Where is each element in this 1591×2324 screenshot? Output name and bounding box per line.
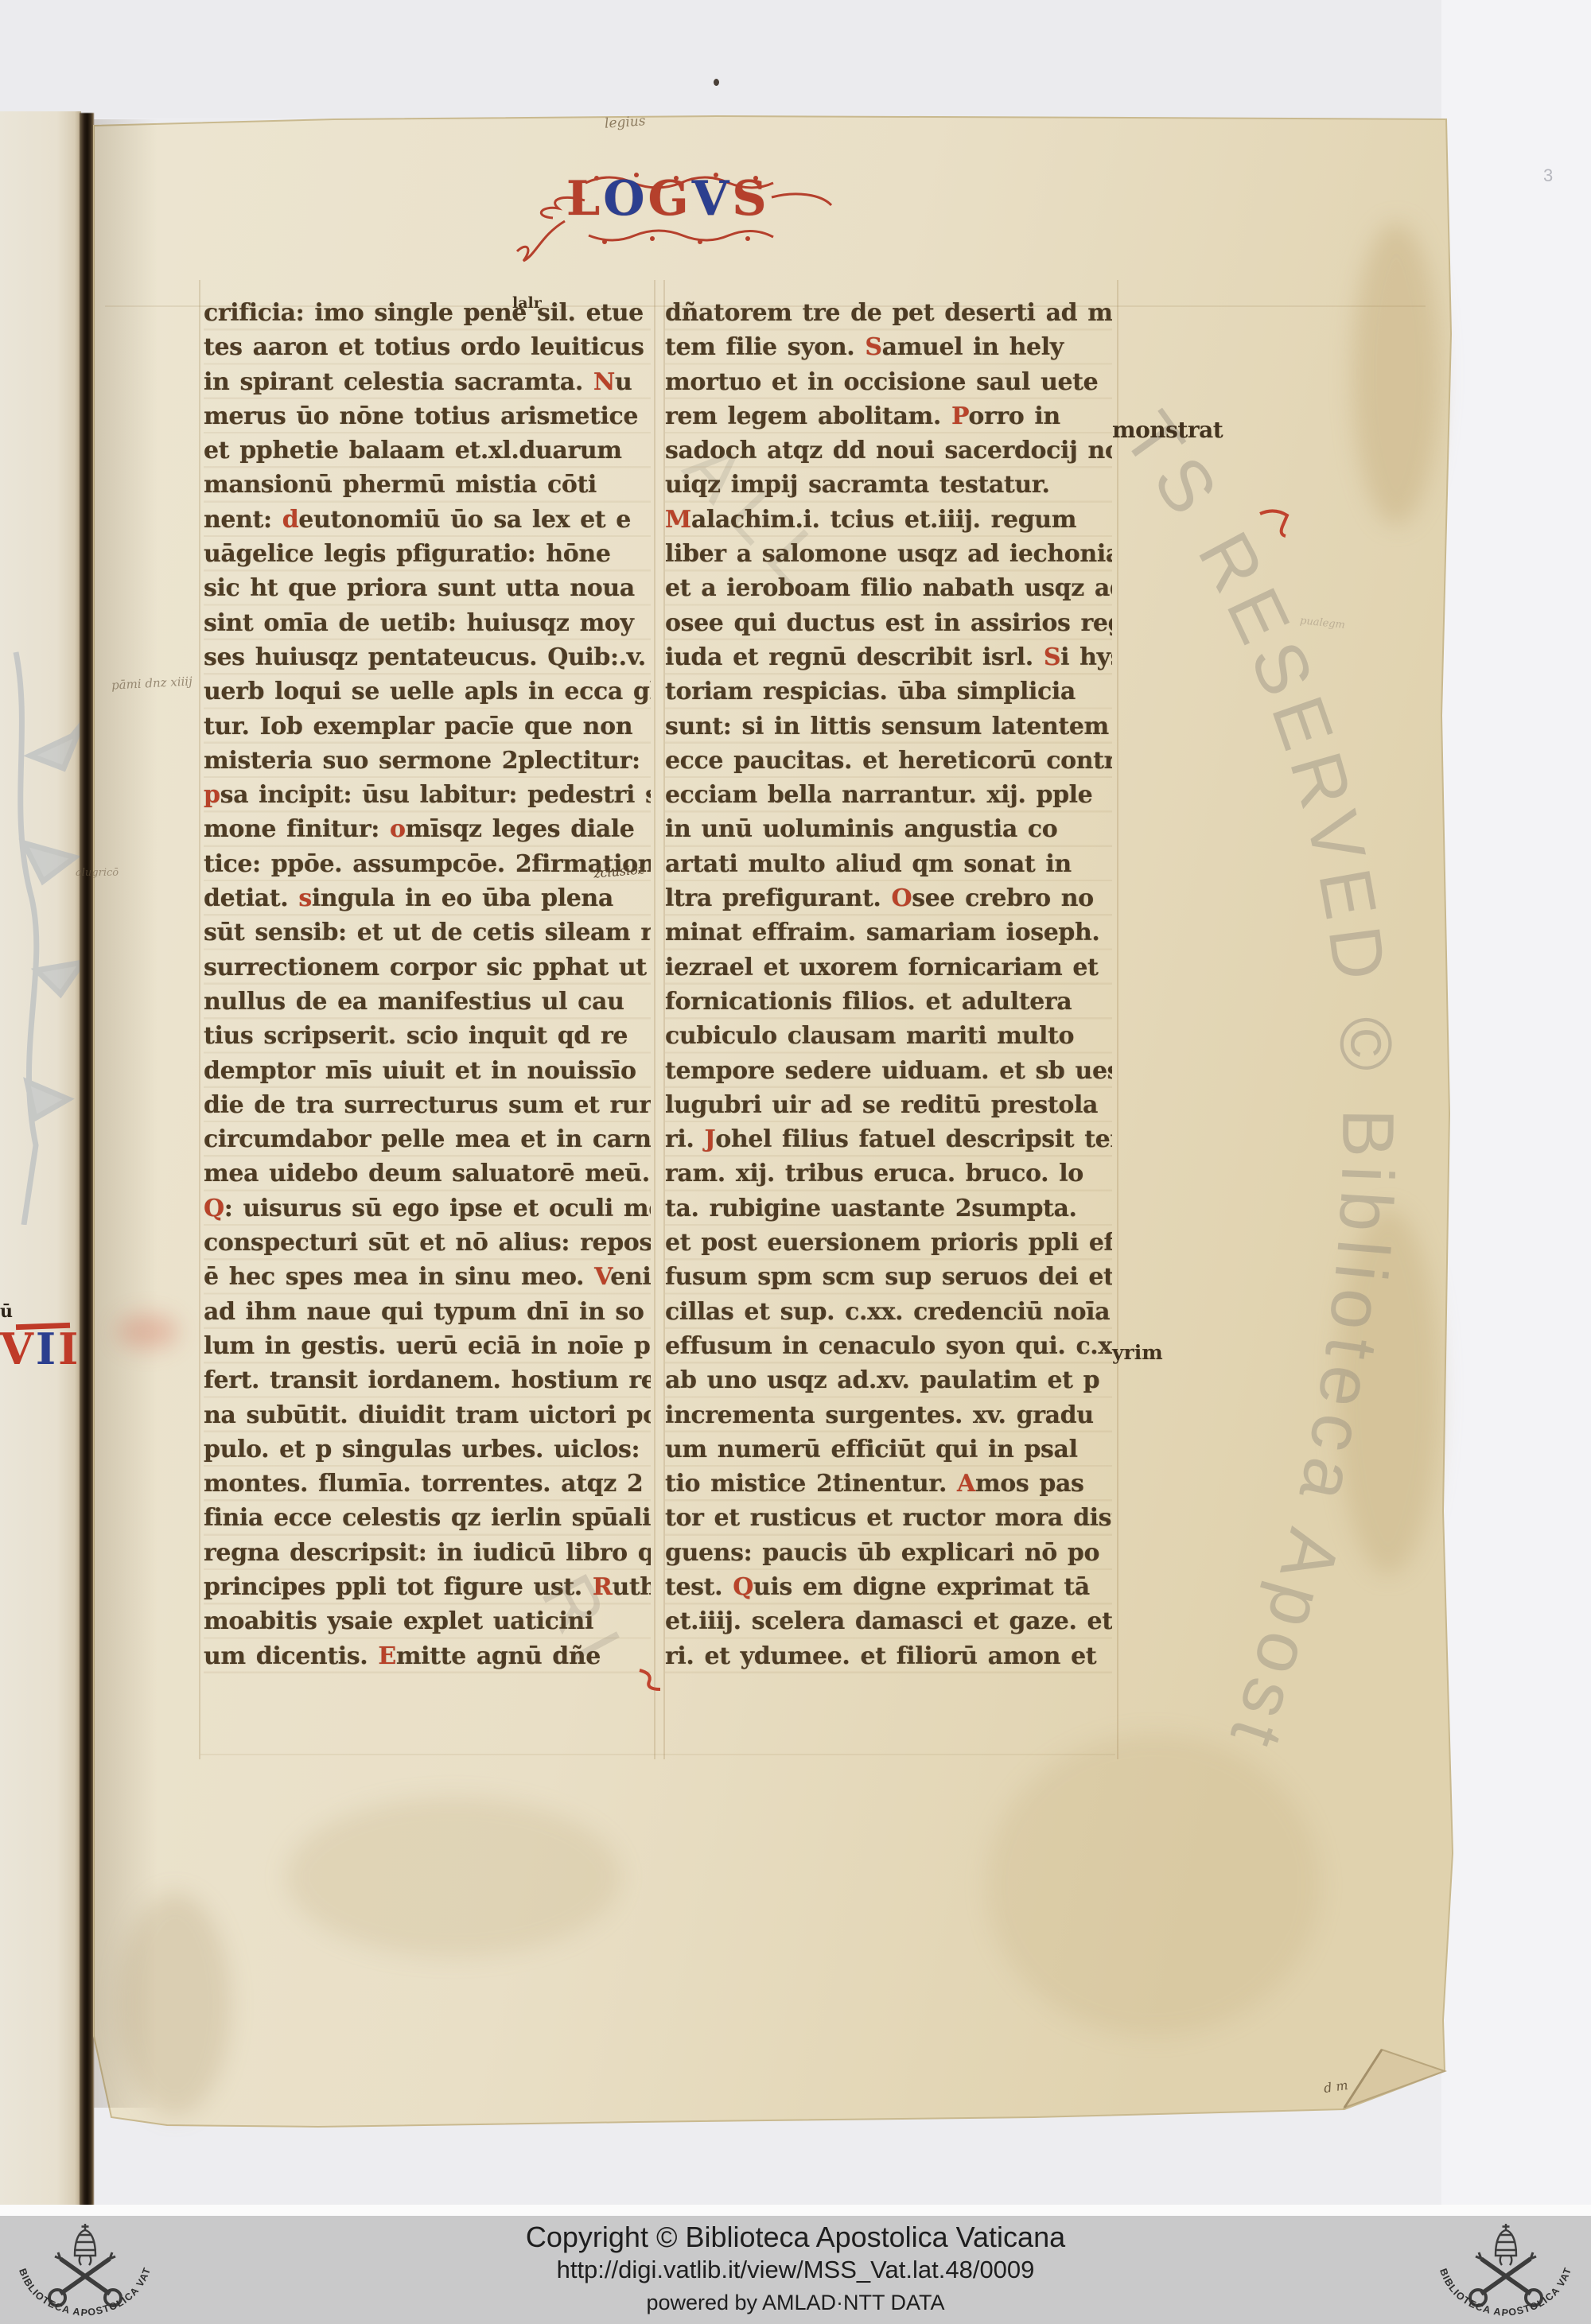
svg-text:TS RESERVED © Biblioteca Apost: TS RESERVED © Biblioteca Apost xyxy=(1107,398,1408,1764)
watermark-arc-text: TS RESERVED © Biblioteca Apost xyxy=(1107,398,1408,1764)
decorated-letter: L xyxy=(566,173,603,224)
manuscript-line: liber a salomone usqz ad iechonia. xyxy=(665,537,1112,571)
manuscript-line: sūt sensib: et ut de cetis sileam re xyxy=(204,915,651,950)
title-LOGVS: LOGVS xyxy=(566,173,770,234)
manuscript-line: demptor mīs uiuit et in nouissīo xyxy=(204,1054,651,1088)
manuscript-line: in spirant celestia sacramta. Nu xyxy=(204,365,651,399)
decorated-letter: V xyxy=(692,173,733,224)
manuscript-line: sint omīa de uetib: huiusqz moy xyxy=(204,606,651,640)
manuscript-line: surrectionem corpor sic pphat ut xyxy=(204,950,651,985)
manuscript-line: rem legem abolitam. Porro in xyxy=(665,399,1112,433)
manuscript-line: um numerū efficiūt qui in psal xyxy=(665,1432,1112,1467)
folio-number: 3 xyxy=(1543,165,1553,186)
manuscript-line: ram. xij. tribus eruca. bruco. lo xyxy=(665,1156,1112,1191)
manuscript-line: tor et rusticus et ructor mora disti xyxy=(665,1501,1112,1535)
manuscript-line: ta. rubigine uastante 2sumpta. xyxy=(665,1191,1112,1226)
manuscript-line: moabitis ysaie explet uaticini xyxy=(204,1604,651,1638)
manuscript-line: mea uidebo deum saluatorē meū. xyxy=(204,1156,651,1191)
ink-speck xyxy=(714,79,719,86)
manuscript-line: finia ecce celestis qz ierlin spūalia xyxy=(204,1501,651,1535)
manuscript-line: fornicationis filios. et adultera xyxy=(665,985,1112,1019)
decorated-letter: S xyxy=(732,173,769,224)
manuscript-line: tes aaron et totius ordo leuiticus xyxy=(204,330,651,364)
footer-powered-by: powered by AMLAD·NTT DATA xyxy=(0,2291,1591,2315)
manuscript-line: ri. Johel filius fatuel descripsit ter xyxy=(665,1122,1112,1156)
manuscript-line: dñatorem tre de pet deserti ad mon xyxy=(665,296,1112,330)
margin-note-monstrat: monstrat xyxy=(1112,417,1223,443)
manuscript-line: mansionū phermū mistia cōti xyxy=(204,468,651,502)
manuscript-line: cillas et sup. c.xx. credenciū noīa et xyxy=(665,1295,1112,1329)
manuscript-line: nullus de ea manifestius ul cau xyxy=(204,985,651,1019)
manuscript-line: fusum spm scm sup seruos dei et a xyxy=(665,1260,1112,1294)
manuscript-column-1: crificia: imo single pene sil. etuetes a… xyxy=(204,296,651,1673)
manuscript-line: ltra prefigurant. Osee crebro no xyxy=(665,881,1112,915)
manuscript-line: et a ieroboam filio nabath usqz ad xyxy=(665,571,1112,605)
manuscript-line: tempore sedere uiduam. et sb ueste xyxy=(665,1054,1112,1088)
manuscript-line: et.iiij. scelera damasci et gaze. et ty xyxy=(665,1604,1112,1638)
manuscript-line: fert. transit iordanem. hostium reg xyxy=(204,1363,651,1397)
manuscript-line: misteria suo sermone 2plectitur: xyxy=(204,744,651,778)
manuscript-line: test. Quis em digne exprimat tā xyxy=(665,1570,1112,1604)
manuscript-line: cubiculo clausam mariti multo xyxy=(665,1019,1112,1053)
manuscript-line: principes ppli tot figure ust. Ruth xyxy=(204,1570,651,1604)
manuscript-line: nent: deutonomiū ūo sa lex et e xyxy=(204,503,651,537)
manuscript-line: merus ūo nōne totius arismetice xyxy=(204,399,651,433)
manuscript-line: ad ihm naue qui typum dnī in so xyxy=(204,1295,651,1329)
scanned-manuscript-page: ū VII TS RESERVED © Biblioteca Apost ALL… xyxy=(0,0,1591,2324)
red-line-end-flourish xyxy=(636,1667,663,1691)
margin-note-yrim: yrim xyxy=(1112,1341,1163,1364)
manuscript-line: iezrael et uxorem fornicariam et xyxy=(665,950,1112,985)
manuscript-line: lum in gestis. uerū eciā in noīe pre xyxy=(204,1329,651,1363)
manuscript-line: ses huiusqz pentateucus. Quib:.v. xyxy=(204,640,651,674)
manuscript-line: effusum in cenaculo syon qui. c.xx. xyxy=(665,1329,1112,1363)
manuscript-line: guens: paucis ūb explicari nō po xyxy=(665,1536,1112,1570)
manuscript-line: Q: uisurus sū ego ipse et oculi mei xyxy=(204,1191,651,1226)
column-rule xyxy=(1117,280,1118,1759)
manuscript-column-2: dñatorem tre de pet deserti ad montem fi… xyxy=(665,296,1112,1673)
manuscript-line: um dicentis. Emitte agnū dñe xyxy=(204,1639,651,1673)
manuscript-line: in unū uoluminis angustia co xyxy=(665,812,1112,846)
vatican-library-logo-right: BIBLIOTECA APOSTOLICA VATICANA xyxy=(1438,2219,1573,2322)
manuscript-line: ē hec spes mea in sinu meo. Venia xyxy=(204,1260,651,1294)
manuscript-line: montes. flumīa. torrentes. atqz 2 xyxy=(204,1467,651,1501)
manuscript-line: crificia: imo single pene sil. etue xyxy=(204,296,651,330)
manuscript-line: circumdabor pelle mea et in carne xyxy=(204,1122,651,1156)
manuscript-line: tice: ppōe. assumpcōe. 2firmatione xyxy=(204,847,651,881)
manuscript-line: regna descripsit: in iudicū libro qt xyxy=(204,1536,651,1570)
manuscript-line: osee qui ductus est in assirios regnū xyxy=(665,606,1112,640)
top-inscription: legius xyxy=(604,113,646,132)
manuscript-line: artati multo aliud qm sonat in xyxy=(665,847,1112,881)
manuscript-line: psa incipit: ūsu labitur: pedestri ser xyxy=(204,778,651,812)
manuscript-line: incrementa surgentes. xv. gradu xyxy=(665,1398,1112,1432)
manuscript-line: tio mistice 2tinentur. Amos pas xyxy=(665,1467,1112,1501)
manuscript-line: et pphetie balaam et.xl.duarum xyxy=(204,433,651,468)
bottom-ruling-line xyxy=(200,1754,1115,1755)
manuscript-line: Malachim.i. tcius et.iiij. regum xyxy=(665,503,1112,537)
manuscript-line: uāgelice legis pfiguratio: hōne xyxy=(204,537,651,571)
manuscript-line: minat effraim. samariam ioseph. xyxy=(665,915,1112,950)
margin-note-left-2: alugricō xyxy=(76,867,119,879)
column-rule xyxy=(654,280,655,1759)
manuscript-line: sadoch atqz dd noui sacerdocij no xyxy=(665,433,1112,468)
column-rule xyxy=(199,280,200,1759)
manuscript-line: mone finitur: omīsqz leges diale xyxy=(204,812,651,846)
manuscript-line: ri. et ydumee. et filiorū amon et xyxy=(665,1639,1112,1673)
manuscript-line: iuda et regnū describit isrl. Si hys xyxy=(665,640,1112,674)
manuscript-line: detiat. singula in eo ūba plena xyxy=(204,881,651,915)
manuscript-line: uerb loqui se uelle apls in ecca gla xyxy=(204,674,651,709)
manuscript-line: et post euersionem prioris ppli ef xyxy=(665,1226,1112,1260)
manuscript-line: sunt: si in littis sensum latentem xyxy=(665,709,1112,744)
manuscript-line: ab uno usqz ad.xv. paulatim et p xyxy=(665,1363,1112,1397)
vatican-library-logo-left: BIBLIOTECA APOSTOLICA VATICANA xyxy=(18,2219,153,2322)
manuscript-line: ecciam bella narrantur. xij. pple xyxy=(665,778,1112,812)
manuscript-line: toriam respicias. ūba simplicia xyxy=(665,674,1112,709)
manuscript-line: pulo. et p singulas urbes. uiclos: xyxy=(204,1432,651,1467)
footer-copyright-line: Copyright © Biblioteca Apostolica Vatica… xyxy=(0,2221,1591,2254)
manuscript-line: uiqz impij sacramta testatur. xyxy=(665,468,1112,502)
decorated-letter: G xyxy=(648,173,691,224)
red-margin-mark xyxy=(1257,506,1297,538)
footer-url: http://digi.vatlib.it/view/MSS_Vat.lat.4… xyxy=(0,2256,1591,2284)
manuscript-line: tius scripserit. scio inquit qd re xyxy=(204,1019,651,1053)
manuscript-line: tem filie syon. Samuel in hely xyxy=(665,330,1112,364)
manuscript-line: conspecturi sūt et nō alius: reposita xyxy=(204,1226,651,1260)
manuscript-line: lugubri uir ad se reditū prestola xyxy=(665,1088,1112,1122)
manuscript-line: die de tra surrecturus sum et rursū xyxy=(204,1088,651,1122)
manuscript-line: ecce paucitas. et hereticorū contra xyxy=(665,744,1112,778)
manuscript-line: mortuo et in occisione saul uete xyxy=(665,365,1112,399)
footer-white-strip xyxy=(0,2205,1591,2216)
decorated-letter: O xyxy=(603,173,648,224)
manuscript-line: na subūtit. diuidit tram uictori po xyxy=(204,1398,651,1432)
interlinear-gloss-lalr: lalr xyxy=(512,294,542,312)
manuscript-line: sic ht que priora sunt utta noua xyxy=(204,571,651,605)
manuscript-line: tur. Iob exemplar pacīe que non xyxy=(204,709,651,744)
